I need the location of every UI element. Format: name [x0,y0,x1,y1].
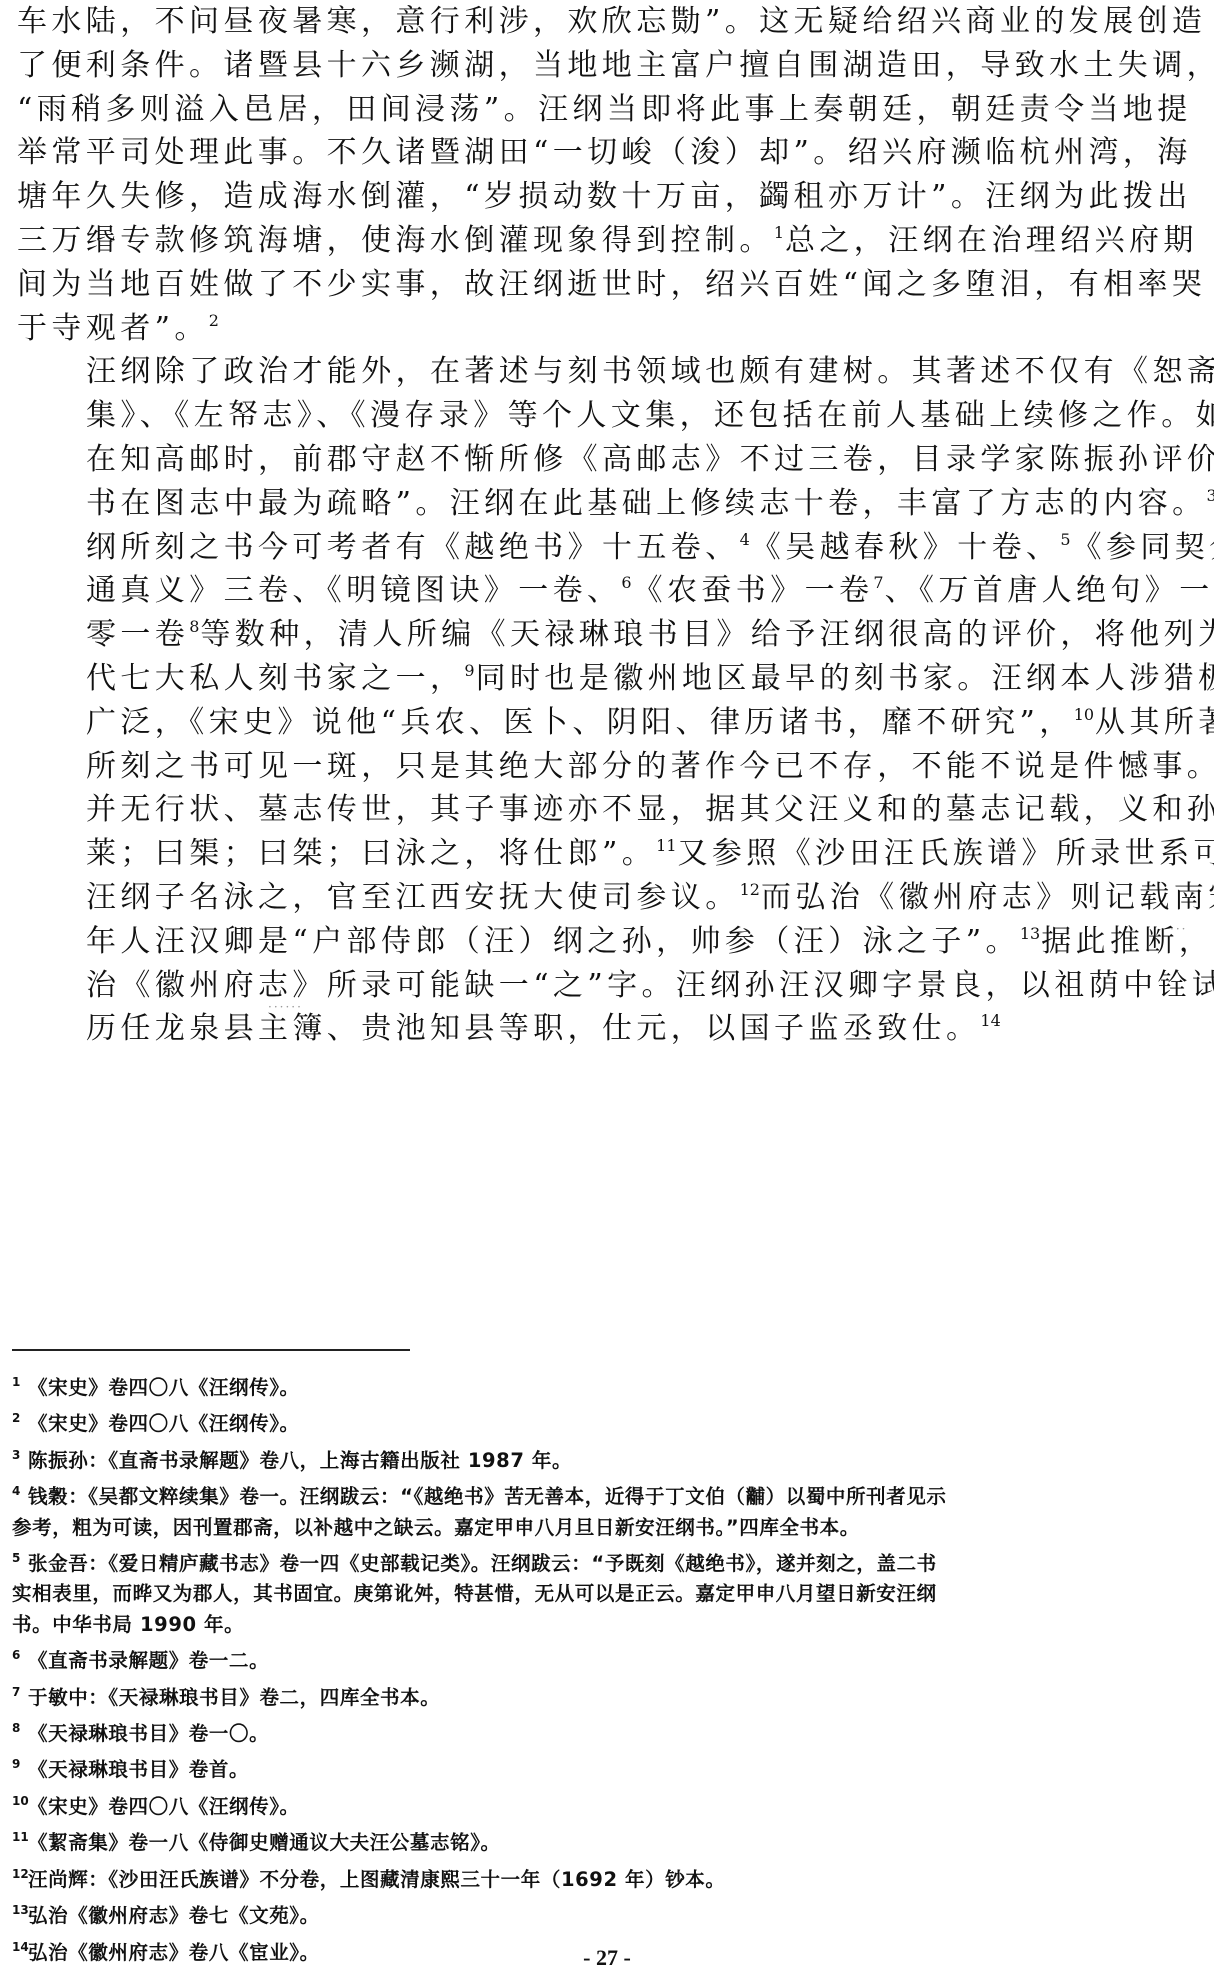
footnote-text: 书。中华书局 1990 年。 [12,1610,1202,1640]
footnote-number: 10 [12,1786,28,1816]
line-text: 集》、《左帑志》、《漫存录》等个人文集，还包括在前人基础上续修之作。如 [86,398,1214,433]
line-text: 年人汪汉卿是“户部侍郎（汪）纲之孙，帅参（汪）泳之子”。 [86,924,1020,959]
footnote-text: 参考，粗为可读，因刊置郡斋，以补越中之缺云。嘉定甲申八月旦日新安汪纲书。”四库全… [12,1513,1202,1543]
footnote-text: 钱穀：《吴都文粹续集》卷一。汪纲跋云：“《越绝书》苦无善本，近得于丁文伯（黼）以… [28,1485,947,1508]
footnote: 4钱穀：《吴都文粹续集》卷一。汪纲跋云：“《越绝书》苦无善本，近得于丁文伯（黼）… [12,1476,1202,1543]
line-text: 治《徽州府志》所录可能缺一“之”字。汪纲孙汪汉卿字景良，以祖荫中铨试， [86,968,1214,1003]
footnote-text: 《宋史》卷四〇八《汪纲传》。 [28,1412,300,1435]
footnote-text: 张金吾：《爱日精庐藏书志》卷一四《史部载记类》。汪纲跋云：“予既刻《越绝书》，遂… [28,1552,937,1575]
text-line: “雨稍多则溢入邑居，田间浸荡”。汪纲当即将此事上奏朝廷，朝廷责令当地提 [17,88,1167,132]
line-text: 总之，汪纲在治理绍兴府期 [785,223,1198,258]
footnote-reference[interactable]: 2 [209,311,219,330]
line-text: 所刻之书可见一斑，只是其绝大部分的著作今已不存，不能不说是件憾事。汪纲 [86,749,1214,784]
line-text: 在知高邮时，前郡守赵不惭所修《高邮志》不过三卷，目录学家陈振孙评价“其 [86,442,1214,477]
paragraph: 汪纲除了政治才能外，在著述与刻书领域也颇有建树。其著述不仅有《恕斋集》、《左帑志… [17,350,1167,1051]
footnote-number: 9 [12,1749,28,1779]
text-line: 汪纲子名泳之，官至江西安抚大使司参议。12而弘治《徽州府志》则记载南宋末 [17,876,1167,920]
footnote-text: 《天禄琳琅书目》卷首。 [28,1758,249,1781]
text-line: 三万缗专款修筑海塘，使海水倒灌现象得到控制。1总之，汪纲在治理绍兴府期 [17,219,1167,263]
footnote-number: 5 [12,1543,28,1573]
footnote-reference[interactable]: 11 [656,836,676,855]
scan-artifact: ······ [268,1000,303,1014]
footnote-number: 4 [12,1476,28,1506]
line-text: 同时也是徽州地区最早的刻书家。汪纲本人涉猎极为 [476,661,1214,696]
text-line: 了便利条件。诸暨县十六乡濒湖，当地地主富户擅自围湖造田，导致水土失调， [17,44,1167,88]
footnote-reference[interactable]: 3 [1207,486,1214,505]
footnote: 11《絜斋集》卷一八《侍御史赠通议大夫汪公墓志铭》。 [12,1822,1202,1858]
text-line: 所刻之书可见一斑，只是其绝大部分的著作今已不存，不能不说是件憾事。汪纲 [17,745,1167,789]
footnote-number: 8 [12,1713,28,1743]
text-line: 汪纲除了政治才能外，在著述与刻书领域也颇有建树。其著述不仅有《恕斋 [17,350,1167,394]
text-line: 莱；曰榘；曰桀；曰泳之，将仕郎”。11又参照《沙田汪氏族谱》所录世系可知 [17,832,1167,876]
line-text: 书在图志中最为疏略”。汪纲在此基础上修续志十卷，丰富了方志的内容。 [86,486,1207,521]
footnote: 7于敏中：《天禄琳琅书目》卷二，四库全书本。 [12,1677,1202,1713]
paragraph: 车水陆，不问昼夜暑寒，意行利涉，欢欣忘勚”。这无疑给绍兴商业的发展创造了便利条件… [17,0,1167,350]
text-line: 书在图志中最为疏略”。汪纲在此基础上修续志十卷，丰富了方志的内容。3汪 [17,482,1167,526]
footnote-text: 《絜斋集》卷一八《侍御史赠通议大夫汪公墓志铭》。 [28,1831,501,1854]
footnote-reference[interactable]: 6 [621,573,631,592]
line-text: 历任龙泉县主簿、贵池知县等职，仕元，以国子监丞致仕。 [86,1011,980,1046]
footnote-reference[interactable]: 1 [774,223,784,242]
text-line: 历任龙泉县主簿、贵池知县等职，仕元，以国子监丞致仕。14 [17,1007,1167,1051]
document-page: 车水陆，不问昼夜暑寒，意行利涉，欢欣忘勚”。这无疑给绍兴商业的发展创造了便利条件… [0,0,1214,1981]
footnote-reference[interactable]: 7 [873,573,883,592]
text-line: 车水陆，不问昼夜暑寒，意行利涉，欢欣忘勚”。这无疑给绍兴商业的发展创造 [17,0,1167,44]
line-text: 《参同契分章 [1072,530,1214,565]
line-text: 举常平司处理此事。不久诸暨湖田“一切峻（浚）却”。绍兴府濒临杭州湾，海 [17,135,1192,170]
footnote-reference[interactable]: 9 [464,661,474,680]
footnote: 10《宋史》卷四〇八《汪纲传》。 [12,1786,1202,1822]
footnote-reference[interactable]: 14 [980,1011,1000,1030]
text-line: 治《徽州府志》所录可能缺一“之”字。汪纲孙汪汉卿字景良，以祖荫中铨试， [17,964,1167,1008]
footnote: 8《天禄琳琅书目》卷一〇。 [12,1713,1202,1749]
footnotes: 1《宋史》卷四〇八《汪纲传》。2《宋史》卷四〇八《汪纲传》。3陈振孙：《直斋书录… [12,1367,1202,1968]
footnote-reference[interactable]: 5 [1060,530,1070,549]
text-line: 零一卷8等数种，清人所编《天禄琳琅书目》给予汪纲很高的评价，将他列为宋 [17,613,1167,657]
footnote: 12汪尚辉：《沙田汪氏族谱》不分卷，上图藏清康熙三十一年（1692 年）钞本。 [12,1859,1202,1895]
footnote: 6《直斋书录解题》卷一二。 [12,1640,1202,1676]
text-line: 塘年久失修，造成海水倒灌，“岁损动数十万亩，蠲租亦万计”。汪纲为此拨出 [17,175,1167,219]
footnote-number: 6 [12,1640,28,1670]
line-text: 间为当地百姓做了不少实事，故汪纲逝世时，绍兴百姓“闻之多堕泪，有相率哭 [17,267,1206,302]
line-text: 车水陆，不问昼夜暑寒，意行利涉，欢欣忘勚”。这无疑给绍兴商业的发展创造 [17,4,1206,39]
footnote-text: 《直斋书录解题》卷一二。 [28,1649,269,1672]
footnote-reference[interactable]: 12 [740,880,760,899]
text-line: 并无行状、墓志传世，其子事迹亦不显，据其父汪义和的墓志记载，义和孙“曰 [17,788,1167,832]
line-text: 汪纲子名泳之，官至江西安抚大使司参议。 [86,880,740,915]
footnote-text: 陈振孙：《直斋书录解题》卷八，上海古籍出版社 1987 年。 [28,1449,572,1472]
page-number: - 27 - [0,1945,1214,1971]
footnote-number: 2 [12,1403,28,1433]
line-text: 代七大私人刻书家之一， [86,661,464,696]
line-text: 、《万首唐人绝句》一百 [885,573,1214,608]
footnote-text: 《宋史》卷四〇八《汪纲传》。 [28,1376,300,1399]
line-text: 通真义》三卷、《明镜图诀》一卷、 [86,573,621,608]
footnote-text: 《宋史》卷四〇八《汪纲传》。 [28,1795,300,1818]
footnote-number: 12 [12,1859,28,1889]
line-text: 于寺观者”。 [17,311,209,346]
footnote-separator [12,1349,410,1351]
footnote: 1《宋史》卷四〇八《汪纲传》。 [12,1367,1202,1403]
footnote: 9《天禄琳琅书目》卷首。 [12,1749,1202,1785]
line-text: 《吴越春秋》十卷、 [751,530,1061,565]
footnote-reference[interactable]: 4 [740,530,750,549]
footnote-number: 3 [12,1440,28,1470]
footnote-text: 实相表里，而晔又为郡人，其书固宜。庚第讹舛，特甚惜，无从可以是正云。嘉定甲申八月… [12,1579,1202,1609]
footnote-number: 13 [12,1895,28,1925]
line-text: 又参照《沙田汪氏族谱》所录世系可知 [678,836,1214,871]
line-text: 据此推断，弘 [1041,924,1214,959]
line-text: 三万缗专款修筑海塘，使海水倒灌现象得到控制。 [17,223,774,258]
text-line: 间为当地百姓做了不少实事，故汪纲逝世时，绍兴百姓“闻之多堕泪，有相率哭 [17,263,1167,307]
footnote: 3陈振孙：《直斋书录解题》卷八，上海古籍出版社 1987 年。 [12,1440,1202,1476]
line-text: 并无行状、墓志传世，其子事迹亦不显，据其父汪义和的墓志记载，义和孙“曰 [86,792,1214,827]
text-line: 集》、《左帑志》、《漫存录》等个人文集，还包括在前人基础上续修之作。如 [17,394,1167,438]
line-text: 汪纲除了政治才能外，在著述与刻书领域也颇有建树。其著述不仅有《恕斋 [86,354,1214,389]
text-line: 通真义》三卷、《明镜图诀》一卷、6《农蚕书》一卷7、《万首唐人绝句》一百 [17,569,1167,613]
line-text: 《农蚕书》一卷 [633,573,874,608]
line-text: 广泛，《宋史》说他“兵农、医卜、阴阳、律历诸书，靡不研究”， [86,705,1074,740]
text-line: 于寺观者”。2 [17,307,1167,351]
line-text: 零一卷 [86,617,189,652]
footnote-text: 汪尚辉：《沙田汪氏族谱》不分卷，上图藏清康熙三十一年（1692 年）钞本。 [28,1868,726,1891]
line-text: 从其所著、 [1095,705,1214,740]
line-text: 了便利条件。诸暨县十六乡濒湖，当地地主富户擅自围湖造田，导致水土失调， [17,48,1214,83]
line-text: 纲所刻之书今可考者有《越绝书》十五卷、 [86,530,740,565]
footnote-number: 7 [12,1677,28,1707]
footnote-reference[interactable]: 10 [1074,705,1094,724]
text-line: 在知高邮时，前郡守赵不惭所修《高邮志》不过三卷，目录学家陈振孙评价“其 [17,438,1167,482]
footnote: 5张金吾：《爱日精庐藏书志》卷一四《史部载记类》。汪纲跋云：“予既刻《越绝书》，… [12,1543,1202,1640]
text-line: 举常平司处理此事。不久诸暨湖田“一切峻（浚）却”。绍兴府濒临杭州湾，海 [17,131,1167,175]
footnote-reference[interactable]: 13 [1020,924,1040,943]
line-text: 莱；曰榘；曰桀；曰泳之，将仕郎”。 [86,836,656,871]
footnote-number: 1 [12,1367,28,1397]
footnote-reference[interactable]: 8 [189,617,199,636]
scan-artifact: ··· [1170,922,1187,936]
line-text: 塘年久失修，造成海水倒灌，“岁损动数十万亩，蠲租亦万计”。汪纲为此拨出 [17,179,1192,214]
line-text: “雨稍多则溢入邑居，田间浸荡”。汪纲当即将此事上奏朝廷，朝廷责令当地提 [17,92,1192,127]
footnote-text: 《天禄琳琅书目》卷一〇。 [28,1722,269,1745]
line-text: 而弘治《徽州府志》则记载南宋末 [761,880,1214,915]
footnote: 2《宋史》卷四〇八《汪纲传》。 [12,1403,1202,1439]
text-line: 年人汪汉卿是“户部侍郎（汪）纲之孙，帅参（汪）泳之子”。13据此推断，弘 [17,920,1167,964]
text-line: 代七大私人刻书家之一，9同时也是徽州地区最早的刻书家。汪纲本人涉猎极为 [17,657,1167,701]
footnote-text: 弘治《徽州府志》卷七《文苑》。 [28,1904,320,1927]
body-text: 车水陆，不问昼夜暑寒，意行利涉，欢欣忘勚”。这无疑给绍兴商业的发展创造了便利条件… [17,0,1167,1051]
text-line: 广泛，《宋史》说他“兵农、医卜、阴阳、律历诸书，靡不研究”，10从其所著、 [17,701,1167,745]
line-text: 等数种，清人所编《天禄琳琅书目》给予汪纲很高的评价，将他列为宋 [200,617,1214,652]
footnote-text: 于敏中：《天禄琳琅书目》卷二，四库全书本。 [28,1686,440,1709]
text-line: 纲所刻之书今可考者有《越绝书》十五卷、4《吴越春秋》十卷、5《参同契分章 [17,526,1167,570]
footnote-number: 11 [12,1822,28,1852]
footnote: 13弘治《徽州府志》卷七《文苑》。 [12,1895,1202,1931]
